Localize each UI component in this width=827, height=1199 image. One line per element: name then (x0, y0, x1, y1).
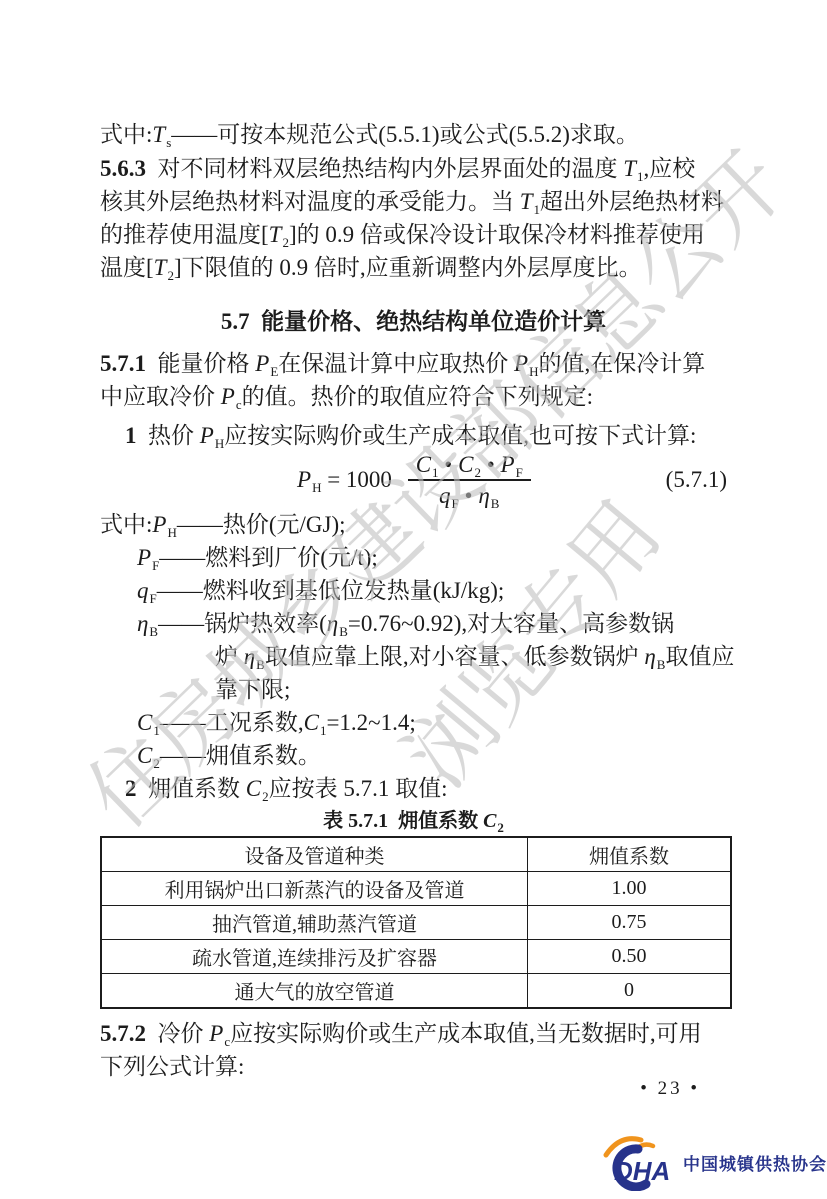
table-cell-value: 0 (528, 974, 732, 1009)
table-row: 通大气的放空管道 0 (101, 974, 731, 1009)
org-name-label: 中国城镇供热协会 (683, 1150, 827, 1175)
table-row: 疏水管道,连续排污及扩容器 0.50 (101, 940, 731, 974)
table-cell-equipment: 利用锅炉出口新蒸汽的设备及管道 (101, 872, 528, 906)
page-number: • 23 • (100, 1078, 700, 1100)
column-header-equipment-type: 设备及管道种类 (101, 837, 528, 872)
definition-line: ηB——锅炉热效率(ηB=0.76~0.92),对大容量、高参数锅 (100, 607, 727, 640)
document-page: { "watermark": { "line1": "住房城乡建设部信息公开",… (0, 0, 827, 1199)
cdha-logo: DHA 中国城镇供热协会 (596, 1132, 827, 1192)
table-row: 利用锅炉出口新蒸汽的设备及管道 1.00 (101, 872, 731, 906)
table-cell-equipment: 通大气的放空管道 (101, 974, 528, 1009)
cdha-logo-mark-icon: DHA (596, 1133, 674, 1191)
clause-text-line: 5.6.3 对不同材料双层绝热结构内外层界面处的温度 T1,应校 (100, 152, 727, 185)
definition-line: PF——燃料到厂价(元/t); (100, 541, 727, 574)
table-cell-equipment: 疏水管道,连续排污及扩容器 (101, 940, 528, 974)
fraction-denominator: qF • ηB (408, 481, 531, 509)
table-cell-value: 1.00 (528, 872, 732, 906)
definition-line: qF——燃料收到基低位发热量(kJ/kg); (100, 574, 727, 607)
definition-line: 靠下限; (100, 673, 727, 706)
definition-line: C2——㶲值系数。 (100, 739, 727, 772)
clause-text-line: 中应取冷价 Pc的值。热价的取值应符合下列规定: (100, 380, 727, 413)
clause-text-line: 5.7.1 能量价格 PE在保温计算中应取热价 PH的值,在保冷计算 (100, 347, 727, 380)
fraction-numerator: C1 • C2 • PF (408, 451, 531, 481)
column-header-exergy-coefficient: 㶲值系数 (528, 837, 732, 872)
clause-text-line: 核其外层绝热材料对温度的承受能力。当 T1超出外层绝热材料 (100, 185, 727, 218)
exergy-coefficient-table: 设备及管道种类 㶲值系数 利用锅炉出口新蒸汽的设备及管道 1.00 抽汽管道,辅… (100, 836, 732, 1009)
definition-line: C1——工况系数,C1=1.2~1.4; (100, 706, 727, 739)
table-caption: 表 5.7.1 㶲值系数 C2 (100, 806, 727, 836)
clause-text-line: 的推荐使用温度[T2]的 0.9 倍或保冷设计取保冷材料推荐使用 (100, 218, 727, 251)
table-row: 抽汽管道,辅助蒸汽管道 0.75 (101, 906, 731, 940)
clause-5-7-2: 5.7.2 冷价 Pc应按实际购价或生产成本取值,当无数据时,可用 下列公式计算… (100, 1017, 727, 1083)
formula-reference-line: 式中:Ts——可按本规范公式(5.5.1)或公式(5.5.2)求取。 (100, 118, 727, 151)
equation-fraction: C1 • C2 • PF qF • ηB (408, 451, 531, 509)
table-cell-value: 0.75 (528, 906, 732, 940)
list-item-2: 2 㶲值系数 C2应按表 5.7.1 取值: (100, 772, 752, 805)
equation-number: (5.7.1) (666, 467, 727, 493)
clause-text-line: 温度[T2]下限值的 0.9 倍时,应重新调整内外层厚度比。 (100, 251, 727, 284)
section-heading-5-7: 5.7 能量价格、绝热结构单位造价计算 (100, 305, 727, 338)
equation-5-7-1: PH = 1000 C1 • C2 • PF qF • ηB (5.7.1) (100, 448, 727, 512)
definition-line: 炉 ηB取值应靠上限,对小容量、低参数锅炉 ηB取值应 (100, 640, 727, 673)
table-cell-equipment: 抽汽管道,辅助蒸汽管道 (101, 906, 528, 940)
symbol-definitions-list: 式中:PH——热价(元/GJ); PF——燃料到厂价(元/t); qF——燃料收… (100, 508, 727, 772)
table-header-row: 设备及管道种类 㶲值系数 (101, 837, 731, 872)
table-cell-value: 0.50 (528, 940, 732, 974)
equation-lhs: PH = 1000 (297, 467, 398, 493)
clause-text-line: 5.7.2 冷价 Pc应按实际购价或生产成本取值,当无数据时,可用 (100, 1017, 727, 1050)
logo-letters: DHA (614, 1156, 670, 1186)
clause-5-6-3: 5.6.3 对不同材料双层绝热结构内外层界面处的温度 T1,应校 核其外层绝热材… (100, 152, 727, 284)
definition-line: 式中:PH——热价(元/GJ); (100, 508, 727, 541)
clause-5-7-1: 5.7.1 能量价格 PE在保温计算中应取热价 PH的值,在保冷计算 中应取冷价… (100, 347, 727, 413)
